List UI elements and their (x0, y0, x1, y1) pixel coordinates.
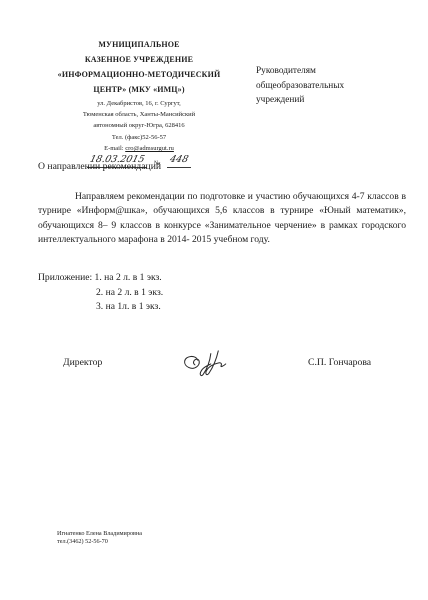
executor-block: Игнатенко Елена Владимировна тел.(3462) … (57, 530, 142, 545)
handwritten-signature (180, 346, 236, 380)
addressee-line: общеобразовательных (256, 79, 406, 94)
org-name-line: ЦЕНТР» (МКУ «ИМЦ») (56, 83, 222, 98)
attachment-line: 3. на 1л. в 1 экз. (96, 300, 163, 315)
number-underline: 448 (167, 149, 191, 169)
addressee-block: Руководителям общеобразовательных учрежд… (256, 64, 406, 108)
executor-phone: тел.(3462) 52-56-70 (57, 538, 142, 546)
org-name-line: «ИНФОРМАЦИОННО-МЕТОДИЧЕСКИЙ (56, 68, 222, 83)
attachment-line: Приложение: 1. на 2 л. в 1 экз. (38, 271, 163, 286)
addressee-line: учреждений (256, 93, 406, 108)
attachment-line: 2. на 2 л. в 1 экз. (96, 286, 163, 301)
handwritten-number: 448 (169, 154, 190, 165)
org-address-line: автономный округ-Югра, 628416 (56, 120, 222, 131)
org-name-line: КАЗЕННОЕ УЧРЕЖДЕНИЕ (56, 53, 222, 68)
org-address-line: ул. Декабристов, 16, г. Сургут, (56, 98, 222, 109)
addressee-line: Руководителям (256, 64, 406, 79)
body-paragraph: Направляем рекомендации по подготовке и … (38, 190, 406, 248)
attachments-block: Приложение: 1. на 2 л. в 1 экз. 2. на 2 … (38, 271, 163, 315)
org-phone: Тел. (факс)52-56-57 (56, 132, 222, 143)
letterhead: МУНИЦИПАЛЬНОЕ КАЗЕННОЕ УЧРЕЖДЕНИЕ «ИНФОР… (56, 38, 222, 168)
subject-line: О направлении рекомендаций (38, 161, 161, 172)
signatory-name: С.П. Гончарова (308, 357, 371, 368)
signatory-position: Директор (63, 357, 102, 368)
letter-page: МУНИЦИПАЛЬНОЕ КАЗЕННОЕ УЧРЕЖДЕНИЕ «ИНФОР… (0, 0, 428, 600)
org-name-line: МУНИЦИПАЛЬНОЕ (56, 38, 222, 53)
org-address-line: Тюменская область, Ханты-Мансийский (56, 109, 222, 120)
executor-name: Игнатенко Елена Владимировна (57, 530, 142, 538)
